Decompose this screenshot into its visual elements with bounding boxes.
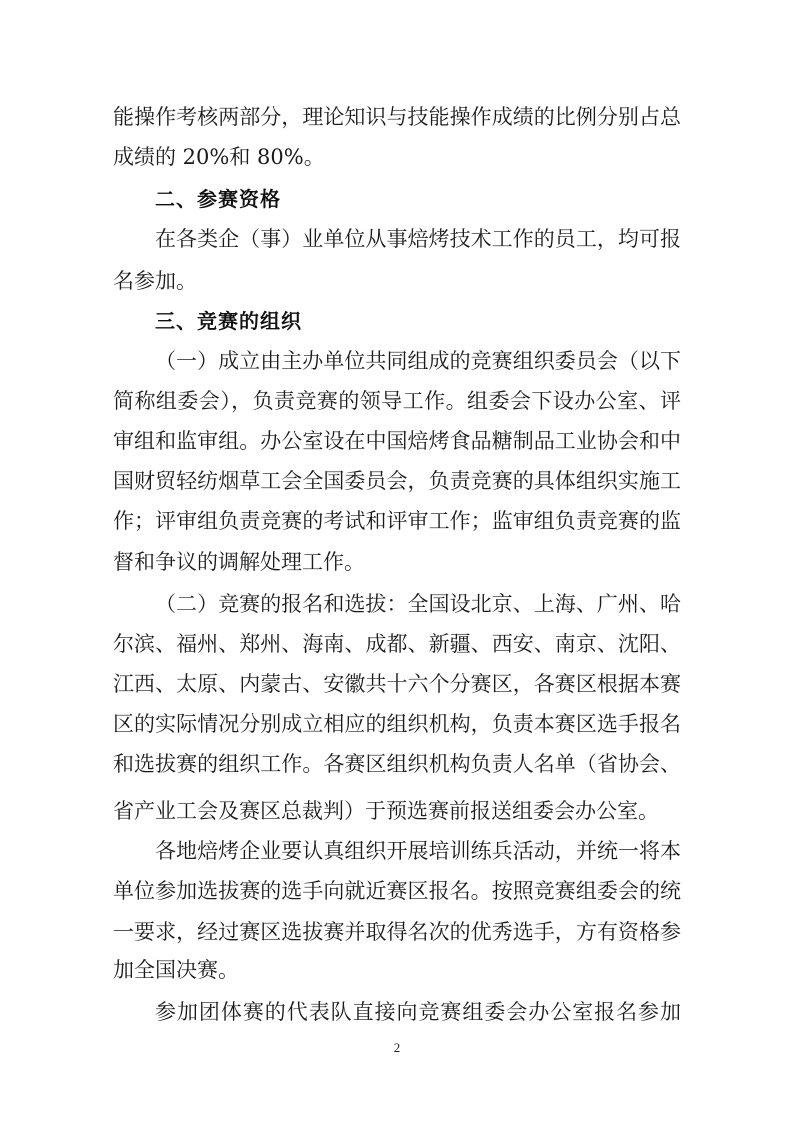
paragraph-line: 简称组委会），负责竞赛的领导工作。组委会下设办公室、评 (113, 386, 681, 416)
paragraph-first-line: （二）竞赛的报名和选拔：全国设北京、上海、广州、哈 (155, 589, 681, 619)
section-heading: 二、参赛资格 (155, 184, 281, 214)
paragraph-first-line: 在各类企（事）业单位从事焙烤技术工作的员工，均可报 (155, 224, 681, 254)
paragraph-line: 加全国决赛。 (113, 955, 681, 985)
paragraph-line: 区的实际情况分别成立相应的组织机构，负责本赛区选手报名 (113, 709, 681, 739)
paragraph-line: 名参加。 (113, 266, 681, 296)
paragraph-line: 尔滨、福州、郑州、海南、成都、新疆、西安、南京、沈阳、 (113, 629, 681, 659)
paragraph-line: 省产业工会及赛区总裁判）于预选赛前报送组委会办公室。 (113, 796, 681, 826)
paragraph-line: 能操作考核两部分，理论知识与技能操作成绩的比例分别占总 (113, 102, 681, 132)
paragraph-first-line: 参加团体赛的代表队直接向竞赛组委会办公室报名参加 (155, 997, 681, 1027)
paragraph-line: 一要求，经过赛区选拔赛并取得名次的优秀选手，方有资格参 (113, 917, 681, 947)
paragraph-line: 和选拔赛的组织工作。各赛区组织机构负责人名单（省协会、 (113, 749, 681, 779)
paragraph-line: 成绩的 20%和 80%。 (113, 142, 681, 172)
paragraph-first-line: 各地焙烤企业要认真组织开展培训练兵活动，并统一将本 (155, 836, 681, 866)
paragraph-line: 作；评审组负责竞赛的考试和评审工作；监审组负责竞赛的监 (113, 506, 681, 536)
section-heading: 三、竞赛的组织 (155, 306, 302, 336)
paragraph-line: 国财贸轻纺烟草工会全国委员会，负责竞赛的具体组织实施工 (113, 466, 681, 496)
paragraph-line: 督和争议的调解处理工作。 (113, 547, 681, 577)
paragraph-line: 江西、太原、内蒙古、安徽共十六个分赛区，各赛区根据本赛 (113, 669, 681, 699)
paragraph-line: 单位参加选拔赛的选手向就近赛区报名。按照竞赛组委会的统 (113, 876, 681, 906)
page-number: 2 (390, 1040, 404, 1056)
paragraph-line: 审组和监审组。办公室设在中国焙烤食品糖制品工业协会和中 (113, 426, 681, 456)
paragraph-first-line: （一）成立由主办单位共同组成的竞赛组织委员会（以下 (155, 346, 681, 376)
document-page: 能操作考核两部分，理论知识与技能操作成绩的比例分别占总成绩的 20%和 80%。… (0, 0, 794, 1123)
